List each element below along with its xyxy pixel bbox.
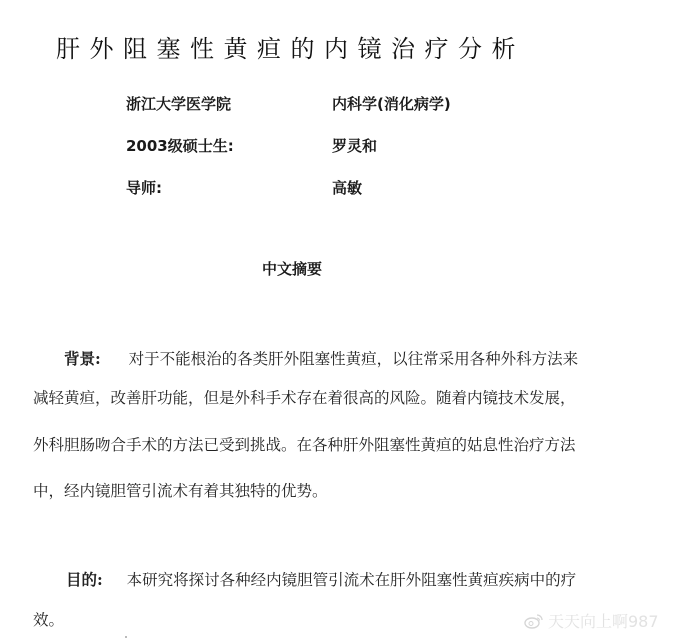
background-line-3: 外科胆肠吻合手术的方法已受到挑战。在各种肝外阻塞性黄疸的姑息性治疗方法 (33, 433, 576, 455)
meta-major: 内科学(消化病学) (332, 93, 451, 114)
meta-advisor-label: 导师: (126, 177, 162, 198)
scan-speck (125, 636, 127, 638)
background-label: 背景: (64, 349, 101, 368)
watermark-text: 天天向上啊987 (548, 609, 659, 632)
abstract-heading: 中文摘要 (262, 258, 322, 279)
meta-student-name: 罗灵和 (332, 135, 377, 156)
meta-advisor-name: 高敏 (332, 177, 362, 198)
background-line-1: 背景: 对于不能根治的各类肝外阻塞性黄疸，以往常采用各种外科方法来 (64, 347, 578, 369)
objective-label: 目的: (66, 570, 103, 589)
weibo-icon (524, 612, 544, 630)
objective-text-1: 本研究将探讨各种经内镜胆管引流术在肝外阻塞性黄疸疾病中的疗 (127, 571, 577, 589)
objective-line-1: 目的: 本研究将探讨各种经内镜胆管引流术在肝外阻塞性黄疸疾病中的疗 (66, 568, 576, 590)
meta-student-label: 2003级硕士生: (126, 135, 234, 156)
background-line-2: 减轻黄疸，改善肝功能，但是外科手术存在着很高的风险。随着内镜技术发展， (33, 386, 576, 408)
meta-institution: 浙江大学医学院 (126, 93, 231, 114)
watermark: 天天向上啊987 (524, 609, 659, 632)
background-text-1: 对于不能根治的各类肝外阻塞性黄疸，以往常采用各种外科方法来 (129, 350, 579, 368)
document-title: 肝外阻塞性黄疸的内镜治疗分析 (56, 29, 525, 64)
background-line-4: 中，经内镜胆管引流术有着其独特的优势。 (33, 479, 328, 501)
objective-line-2: 效。 (33, 608, 64, 630)
